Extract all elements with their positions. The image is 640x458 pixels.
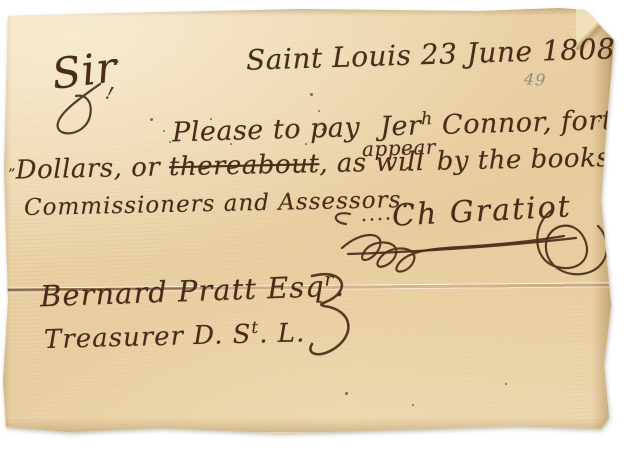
line1-lead: Please to pay — [172, 112, 361, 148]
paper-edge-left — [2, 10, 11, 430]
addressee-title-line: Treasurer D. St. L. — [44, 317, 306, 355]
signature-flourish — [326, 196, 632, 280]
paper-edge-bottom — [2, 412, 608, 432]
ink-speck — [230, 143, 232, 145]
ink-speck — [505, 383, 507, 385]
scan-background: Saint Louis 23 June 1808 49 Sir ’ ! Plea… — [0, 0, 640, 458]
ink-speck — [412, 404, 414, 406]
ink-speck — [322, 128, 325, 131]
salutation-flourish-loop — [46, 82, 118, 138]
ink-speck — [305, 143, 307, 145]
struck-word: thereabout — [169, 149, 320, 182]
line2-tail: by the books of — [436, 142, 640, 176]
addressee-title: Treasurer D. S — [44, 320, 252, 355]
ink-speck — [169, 141, 171, 143]
manuscript-paper: Saint Louis 23 June 1808 49 Sir ’ ! Plea… — [0, 0, 640, 458]
paper-edge-top — [4, 8, 610, 16]
addressee-name: Bernard Pratt Esq — [39, 269, 325, 313]
addressee-brace — [298, 266, 358, 366]
ink-speck — [598, 120, 600, 122]
ink-speck — [345, 392, 348, 395]
body-line-2: ”Dollars, or thereabout, as willby the b… — [8, 142, 640, 185]
ink-speck — [310, 93, 313, 96]
line2-lead: Dollars, or — [15, 152, 169, 185]
ink-speck — [163, 130, 165, 132]
line2-mid: , as will — [319, 147, 425, 179]
ink-speck — [253, 160, 255, 162]
archival-number-pencil: 49 — [523, 69, 547, 90]
payee-rest: Connor, forty — [442, 105, 630, 141]
dateline-text: Saint Louis 23 June 1808 — [246, 32, 616, 77]
payee-superscript: h — [421, 109, 433, 129]
ink-speck — [150, 118, 153, 121]
manuscript-paper-shadow: Saint Louis 23 June 1808 49 Sir ’ ! Plea… — [0, 0, 640, 458]
ink-speck — [318, 110, 320, 112]
ink-speck — [210, 118, 212, 120]
